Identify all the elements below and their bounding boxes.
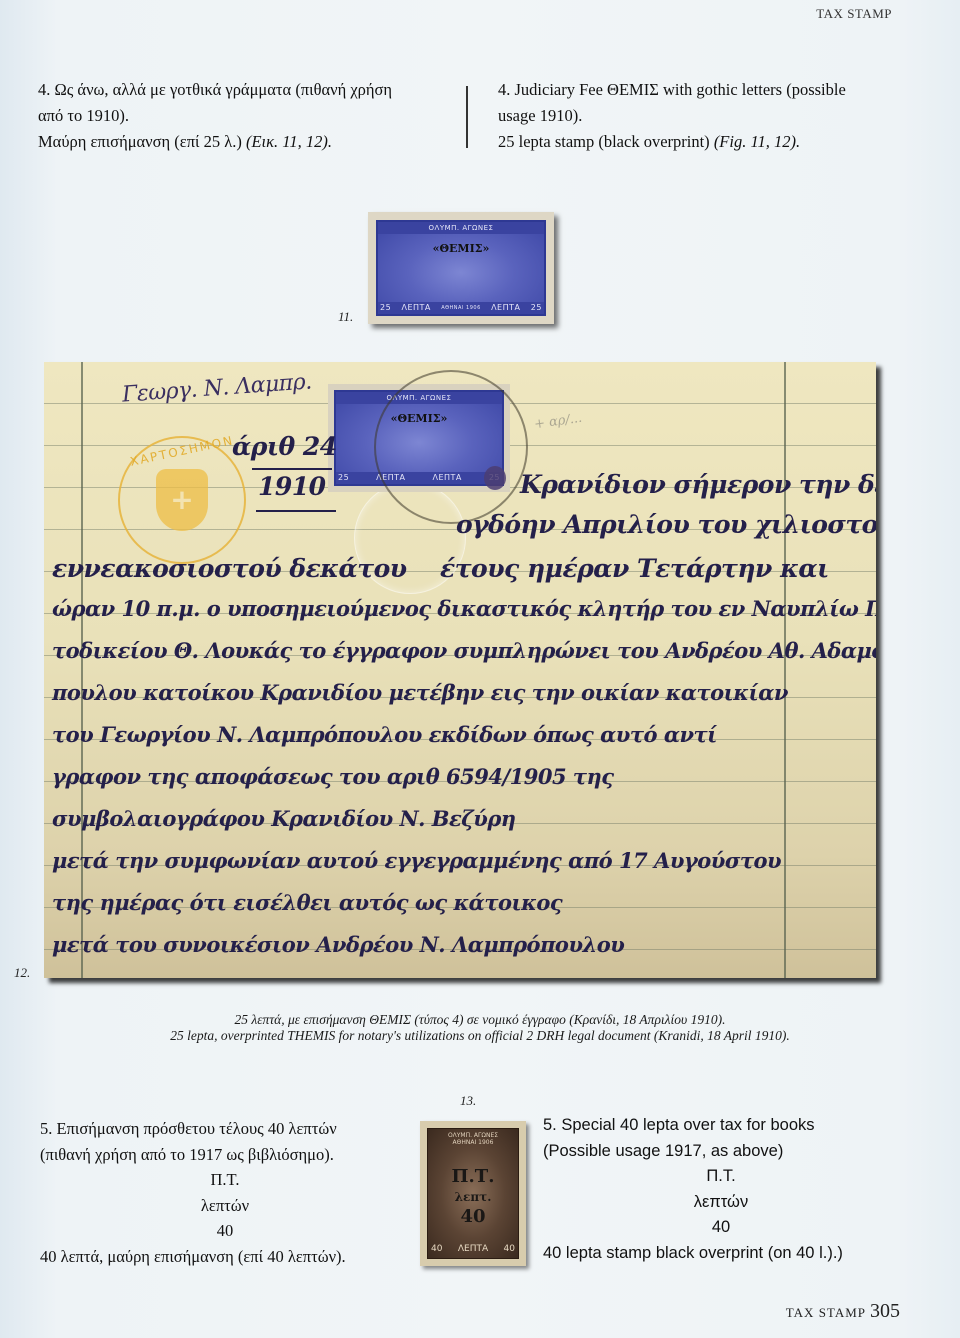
ink-blot xyxy=(484,466,506,490)
handwriting-line: γραφον της αποφάσεως του αριθ 6594/1905 … xyxy=(52,764,614,789)
stamp-overprint: «ΘΕΜΙΣ» xyxy=(378,242,544,255)
figure-number-11: 11. xyxy=(338,309,353,325)
folio-label: TAX STAMP xyxy=(786,1305,866,1320)
stamp-value-left: 40 xyxy=(431,1244,442,1254)
section5-english-line1: 5. Special 40 lepta over tax for books xyxy=(543,1113,893,1139)
section5-english: 5. Special 40 lepta over tax for books (… xyxy=(543,1113,893,1266)
section5-greek-last: 40 λεπτά, μαύρη επισήμανση (επί 40 λεπτώ… xyxy=(40,1244,410,1270)
postmark-circle-icon xyxy=(374,370,528,524)
section4-greek-line1: 4. Ως άνω, αλλά με γοτθικά γράμματα (πιθ… xyxy=(38,77,448,103)
stamp-label: ΛΕΠΤΑ xyxy=(458,1244,488,1254)
page-folio: TAX STAMP 305 xyxy=(786,1300,900,1323)
section5-english-last: 40 lepta stamp black overprint (on 40 l.… xyxy=(543,1241,893,1267)
page-number: 305 xyxy=(870,1300,900,1322)
overprint-line1: Π.Τ. xyxy=(40,1167,410,1193)
handwriting-line: έτους ημέραν Τετάρτην και xyxy=(440,554,829,583)
stamp-value-right: 25 xyxy=(531,302,542,314)
handwriting-line: του Γεωργίου Ν. Λαμπρόπουλου εκδίδων όπω… xyxy=(52,722,717,747)
stamp-top-band-line2: ΑΘΗΝΑΙ 1906 xyxy=(428,1139,518,1146)
handwriting-line: Γεωργ. Ν. Λαμπρ. xyxy=(121,369,312,407)
coat-of-arms-icon xyxy=(156,469,208,531)
stamp-value-right: 40 xyxy=(504,1244,515,1254)
handwriting-line: ώραν 10 π.μ. ο υποσημειούμενος δικαστικό… xyxy=(52,596,876,621)
section4-english: 4. Judiciary Fee ΘΕΜΙΣ with gothic lette… xyxy=(498,77,918,155)
handwriting-line: συμβολαιογράφου Κρανιδίου Ν. Βεζύρη xyxy=(52,806,516,831)
stamp-face: ΟΛΥΜΠ. ΑΓΩΝΕΣ «ΘΕΜΙΣ» 25 ΛΕΠΤΑ ΑΘΗΝΑΙ 19… xyxy=(376,220,546,316)
section4-greek-line3-text: Μαύρη επισήμανση (επί 25 λ.) xyxy=(38,132,246,151)
overprint-line2: λεπτών xyxy=(40,1193,410,1219)
running-head: TAX STAMP xyxy=(816,6,892,22)
stamp-value-left: 25 xyxy=(338,472,349,484)
stamp-overprint-line2: λεπτ. xyxy=(428,1187,518,1207)
section4-greek: 4. Ως άνω, αλλά με γοτθικά γράμματα (πιθ… xyxy=(38,77,448,155)
stamp-bottom-band: 25 ΛΕΠΤΑ ΑΘΗΝΑΙ 1906 ΛΕΠΤΑ 25 xyxy=(378,302,544,314)
pencil-note: + αρ/... xyxy=(533,411,583,433)
stamp-label-right: ΛΕΠΤΑ xyxy=(491,302,520,314)
stamp-image-fig13: ΟΛΥΜΠ. ΑΓΩΝΕΣ ΑΘΗΝΑΙ 1906 Π.Τ. λεπτ. 40 … xyxy=(420,1121,526,1266)
stamp-top-band-line1: ΟΛΥΜΠ. ΑΓΩΝΕΣ xyxy=(428,1132,518,1139)
handwriting-line: μετά του συνοικέσιον Ανδρέου Ν. Λαμπρόπο… xyxy=(52,932,624,957)
figure-number-13: 13. xyxy=(460,1093,476,1109)
section5-greek-line2: (πιθανή χρήση από το 1917 ως βιβλιόσημο)… xyxy=(40,1142,410,1168)
overprint-line3: 40 xyxy=(40,1218,410,1244)
column-divider xyxy=(466,86,468,148)
margin-line-left xyxy=(81,362,83,978)
caption-greek: 25 λεπτά, με επισήμανση ΘΕΜΙΣ (τύπος 4) … xyxy=(60,1012,900,1028)
section4-english-line2: usage 1910). xyxy=(498,103,918,129)
handwriting-line: ογδόην Απριλίου του χιλιοστού xyxy=(456,510,876,539)
stamp-overprint-line3: 40 xyxy=(428,1207,518,1227)
stamp-center-small: ΑΘΗΝΑΙ 1906 xyxy=(441,302,481,314)
handwriting-line: 1910 xyxy=(258,472,326,501)
handwriting-line: μετά την συμφωνίαν αυτού εγγεγραμμένης α… xyxy=(52,848,781,873)
stamp-overprint-line1: Π.Τ. xyxy=(428,1167,518,1187)
section4-greek-line3: Μαύρη επισήμανση (επί 25 λ.) (Εικ. 11, 1… xyxy=(38,129,448,155)
figure-number-12: 12. xyxy=(14,965,30,981)
figure-reference: (Εικ. 11, 12). xyxy=(246,132,332,151)
caption-english: 25 lepta, overprinted THEMIS for notary'… xyxy=(60,1028,900,1044)
yellow-seal-icon: ΧΑΡΤΟΣΗΜΟΝ xyxy=(118,436,246,564)
section5-greek-line1: 5. Επισήμανση πρόσθετου τέλους 40 λεπτών xyxy=(40,1116,410,1142)
section5-greek: 5. Επισήμανση πρόσθετου τέλους 40 λεπτών… xyxy=(40,1116,410,1269)
handwriting-line: άριθ 24 xyxy=(232,432,337,461)
section4-english-line3: 25 lepta stamp (black overprint) (Fig. 1… xyxy=(498,129,918,155)
stamp-top-band: ΟΛΥΜΠ. ΑΓΩΝΕΣ xyxy=(378,222,544,234)
stamp-value-left: 25 xyxy=(380,302,391,314)
stamp-face: ΟΛΥΜΠ. ΑΓΩΝΕΣ ΑΘΗΝΑΙ 1906 Π.Τ. λεπτ. 40 … xyxy=(427,1128,519,1259)
overprint-line3: 40 xyxy=(543,1215,891,1241)
section4-english-line1: 4. Judiciary Fee ΘΕΜΙΣ with gothic lette… xyxy=(498,77,918,103)
handwriting-line: πουλου κατοίκου Κρανιδίου μετέβην εις τη… xyxy=(52,680,788,705)
handwriting-line: εννεακοσιοστού δεκάτου xyxy=(52,554,407,583)
section4-english-line3-text: 25 lepta stamp (black overprint) xyxy=(498,132,714,151)
handwriting-line: Κρανίδιον σήμερον την δεκάτην xyxy=(520,470,876,499)
margin-line-right xyxy=(784,362,786,978)
ink-underline xyxy=(256,510,336,512)
section4-greek-line2: από το 1910). xyxy=(38,103,448,129)
legal-document-image-fig12: ΧΑΡΤΟΣΗΜΟΝ + αρ/... ΟΛΥΜΠ. ΑΓΩΝΕΣ «ΘΕΜΙΣ… xyxy=(44,362,876,978)
stamp-top-band: ΟΛΥΜΠ. ΑΓΩΝΕΣ ΑΘΗΝΑΙ 1906 xyxy=(428,1132,518,1146)
handwriting-line: τοδικείου Θ. Λουκάς το έγγραφον συμπληρώ… xyxy=(52,638,876,663)
seal-text: ΧΑΡΤΟΣΗΜΟΝ xyxy=(120,431,244,470)
figure-reference: (Fig. 11, 12). xyxy=(714,132,800,151)
ink-underline xyxy=(252,468,332,470)
stamp-bottom-band: 40 ΛΕΠΤΑ 40 xyxy=(431,1244,515,1254)
section5-english-line2: (Possible usage 1917, as above) xyxy=(543,1139,893,1165)
stamp-image-fig11: ΟΛΥΜΠ. ΑΓΩΝΕΣ «ΘΕΜΙΣ» 25 ΛΕΠΤΑ ΑΘΗΝΑΙ 19… xyxy=(368,212,554,324)
handwriting-line: της ημέρας ότι εισέλθει αυτός ως κάτοικο… xyxy=(52,890,562,915)
overprint-line2: λεπτών xyxy=(543,1190,891,1216)
stamp-label-left: ΛΕΠΤΑ xyxy=(401,302,430,314)
figure-caption-12: 25 λεπτά, με επισήμανση ΘΕΜΙΣ (τύπος 4) … xyxy=(60,1012,900,1044)
stamp-overprint: Π.Τ. λεπτ. 40 xyxy=(428,1167,518,1227)
overprint-line1: Π.Τ. xyxy=(543,1164,891,1190)
